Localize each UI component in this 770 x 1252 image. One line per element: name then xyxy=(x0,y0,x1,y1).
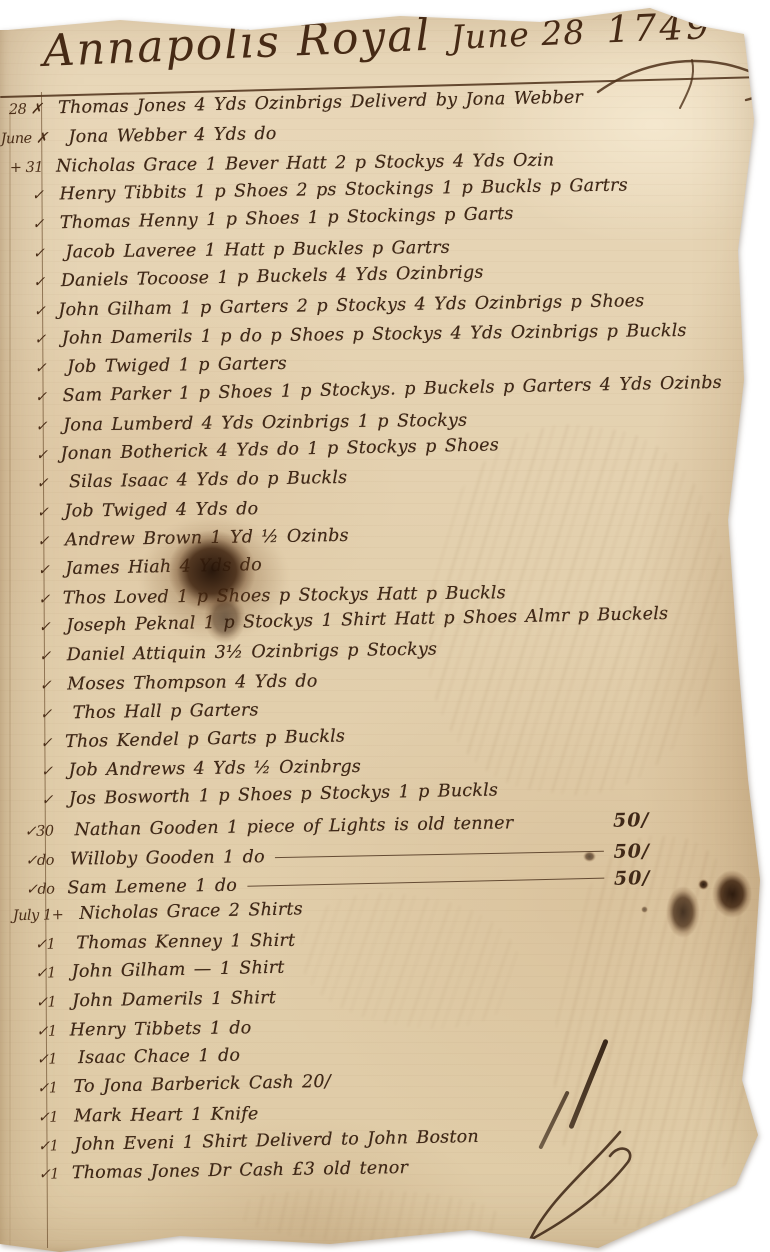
ledger-row-margin: ✓1 xyxy=(17,1167,64,1184)
ledger-row-text: Job Twiged 4 Yds do xyxy=(53,499,258,522)
ledger-row-margin: ✓ xyxy=(5,447,52,464)
paper-sheet-wrap: Annapolis Royal June 28 1749 — 28 ✗Thoma… xyxy=(0,0,770,1252)
ledger-row-margin: ✓1 xyxy=(15,1052,62,1069)
ledger-row-margin: ✓ xyxy=(3,303,50,320)
ledger-row-margin: ✓1 xyxy=(15,1080,62,1097)
title-place: Annapolis Royal xyxy=(42,10,433,77)
ledger-row-margin: ✓ xyxy=(3,274,50,291)
ledger-row-price: 50/ xyxy=(613,809,650,832)
ledger-row-margin: ✓do xyxy=(12,881,59,898)
ledger-row-margin: ✓ xyxy=(5,418,52,435)
ledger-row-margin: ✓ xyxy=(11,792,58,809)
ledger-row-text: Willoby Gooden 1 do xyxy=(59,847,265,870)
ledger-row-margin: ✓30 xyxy=(11,823,58,840)
ledger-row-price: 50/ xyxy=(614,867,651,890)
ledger-row-margin: ✓ xyxy=(10,706,57,723)
ledger-row-margin: ✓ xyxy=(4,361,51,378)
title-date: June 28 xyxy=(450,12,586,57)
page-title: Annapolis Royal June 28 1749 — xyxy=(42,0,744,77)
ledger-row-text: Jona Lumberd 4 Yds Ozinbrigs 1 p Stockys xyxy=(52,410,467,435)
ledger-row-price: 50/ xyxy=(613,840,650,862)
ledger-row-text: Isaac Chace 1 do xyxy=(62,1046,240,1069)
ledger-row-margin: ✓ xyxy=(2,246,49,263)
ledger-row-text: Moses Thompson 4 Yds do xyxy=(56,671,318,694)
ledger-row-text: Job Twiged 1 p Garters xyxy=(51,354,287,378)
ledger-row-text: John Damerils 1 Shirt xyxy=(61,988,276,1011)
ledger-row-gap xyxy=(523,827,603,828)
ledger-row-margin: ✓do xyxy=(12,852,59,869)
ledger-row-margin: ✓ xyxy=(7,562,54,579)
ledger-row-text: Thomas Kenney 1 Shirt xyxy=(60,931,295,954)
ledger-row-margin: + 31 xyxy=(1,159,48,176)
ledger-row-margin: ✓ xyxy=(2,217,49,234)
ledger-row-margin: ✓ xyxy=(8,591,55,608)
ledger-row-margin: ✓ xyxy=(5,389,52,406)
ledger-row-text: Thos Hall p Garters xyxy=(56,700,258,723)
ledger-row-text: To Jona Barberick Cash 20/ xyxy=(62,1072,331,1097)
ledger-row-margin: ✓ xyxy=(9,649,56,666)
ink-bleed-through-4 xyxy=(239,1185,501,1246)
paper-sheet: Annapolis Royal June 28 1749 — 28 ✗Thoma… xyxy=(0,0,770,1252)
ledger-row-text: Nathan Gooden 1 piece of Lights is old t… xyxy=(58,813,513,840)
ledger-row-margin: ✓ xyxy=(6,476,53,493)
ledger-entries: 28 ✗Thomas Jones 4 Yds Ozinbrigs Deliver… xyxy=(0,87,770,1193)
ledger-row-margin: ✓ xyxy=(7,533,54,550)
ledger-row-margin: ✓1 xyxy=(14,994,61,1011)
ledger-row-margin: ✓1 xyxy=(13,937,60,954)
ledger-row-text: John Gilham — 1 Shirt xyxy=(60,958,284,982)
ledger-row-margin: ✓ xyxy=(10,764,57,781)
ledger-row-text: Mark Heart 1 Knife xyxy=(63,1104,259,1126)
ledger-row-text: Nicholas Grace 2 Shirts xyxy=(68,900,303,925)
ledger-row-text: Sam Lemene 1 do xyxy=(59,875,237,898)
ledger-row-margin: ✓ xyxy=(6,505,53,522)
ledger-row-margin: ✓1 xyxy=(16,1138,63,1155)
ledger-row-margin: ✓1 xyxy=(15,1023,62,1040)
ledger-row-margin: 28 ✗ xyxy=(0,101,47,118)
ledger-row-margin: ✓ xyxy=(1,188,48,205)
ledger-row-text: James Hiah 4 Yds do xyxy=(54,555,262,579)
ledger-row-text: Jona Webber 4 Yds do xyxy=(52,124,276,148)
ledger-row-margin: ✓ xyxy=(9,678,56,695)
ledger-row-margin: June ✗ xyxy=(1,130,53,147)
ledger-row-margin: ✓ xyxy=(10,735,57,752)
title-flourish-dash: — xyxy=(723,2,762,47)
ledger-row-margin: ✓ xyxy=(8,620,55,637)
ledger-row-dash-fill xyxy=(247,877,604,886)
ledger-row-margin: ✓1 xyxy=(16,1109,63,1126)
ledger-row-text: Job Andrews 4 Yds ½ Ozinbrgs xyxy=(57,757,361,781)
ledger-row-text: Jacob Laveree 1 Hatt p Buckles p Gartrs xyxy=(49,238,450,263)
ledger-row-dash-fill xyxy=(275,851,604,858)
ledger-row-margin: ✓1 xyxy=(14,965,61,982)
ledger-row-margin: ✓ xyxy=(4,332,51,349)
ledger-row-margin: July 1+ xyxy=(13,907,69,924)
manuscript-page: Annapolis Royal June 28 1749 — 28 ✗Thoma… xyxy=(0,0,770,1252)
title-year: 1749 xyxy=(605,4,713,51)
ledger-row-text: Henry Tibbets 1 do xyxy=(62,1018,252,1040)
